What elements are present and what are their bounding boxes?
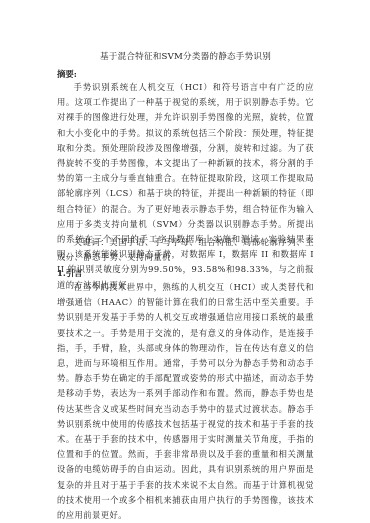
section-heading-introduction: 1.引言	[57, 268, 83, 279]
paper-title: 基于混合特征和SVM分类器的静态手势识别	[57, 52, 314, 63]
abstract-heading: 摘要:	[57, 69, 77, 80]
introduction-body: 在当今的技术世界中，熟练的人机交互（HCI）或人类替代和增强通信（HAAC）的智…	[57, 280, 314, 523]
keywords: 关键词：美国手语、手写字母、组合特征、局部轮廓序列、主成分、静态手势、支持向量机	[57, 235, 314, 265]
